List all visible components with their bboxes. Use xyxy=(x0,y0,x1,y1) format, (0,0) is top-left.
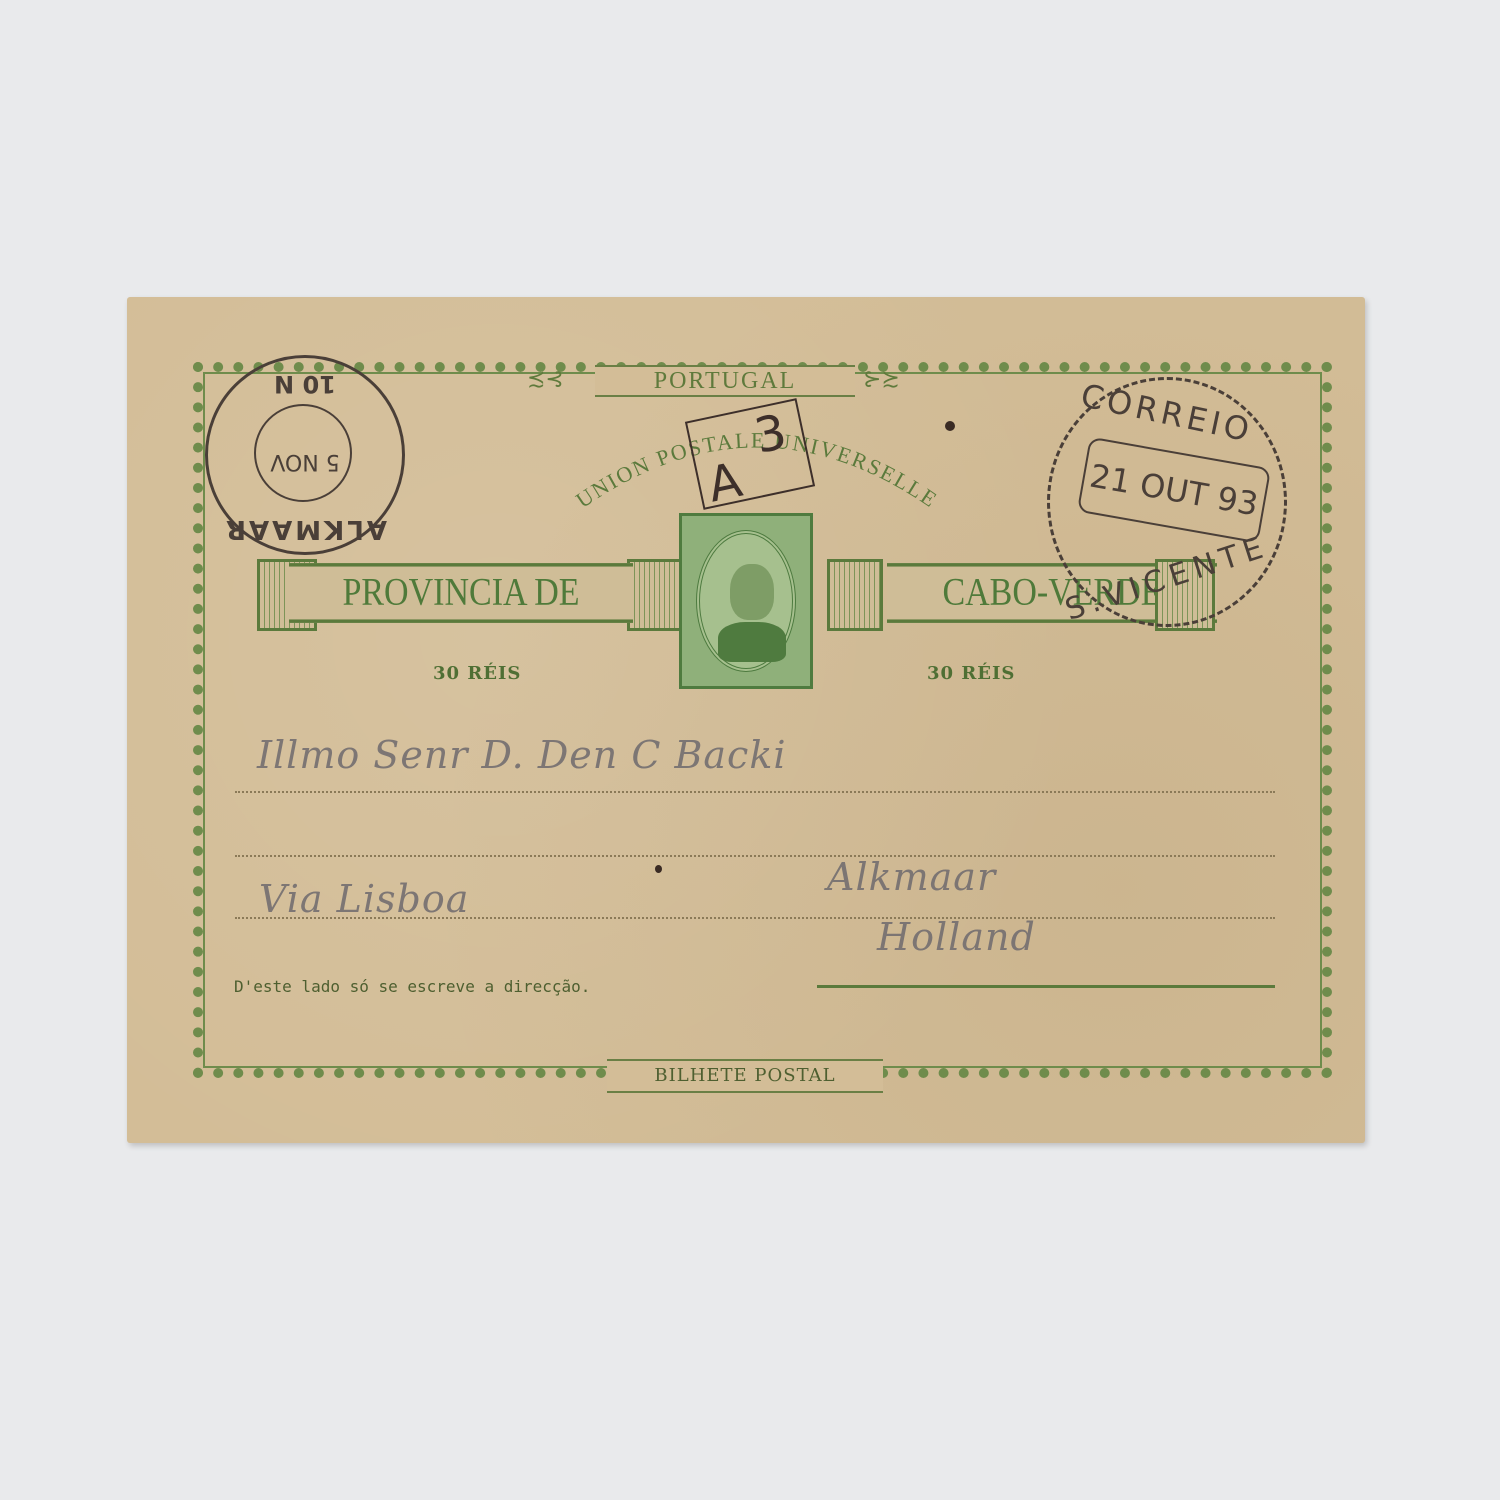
address-underline xyxy=(817,985,1275,988)
handwritten-via: Via Lisboa xyxy=(259,877,469,921)
ribbon-fold-right xyxy=(827,559,883,631)
ink-dot xyxy=(655,865,662,873)
stamp-portrait-frame xyxy=(696,530,796,672)
postmark-date: 5 NOV xyxy=(208,450,402,472)
handwritten-country: Holland xyxy=(877,915,1036,959)
postmark-correio-date: 21 OUT 93 xyxy=(1077,437,1271,544)
address-line-2 xyxy=(235,855,1275,857)
postmark-correio: CORREIO 21 OUT 93 S.VICENTE xyxy=(1047,377,1287,627)
instruction-text: D'este lado só se escreve a direcção. xyxy=(234,977,590,996)
address-line-1 xyxy=(235,791,1275,793)
handwritten-city: Alkmaar xyxy=(827,855,996,899)
footer-title: BILHETE POSTAL xyxy=(607,1059,883,1093)
value-left: 30 RÉIS xyxy=(433,663,521,684)
postmark-time: 10 N xyxy=(208,370,402,398)
postmark-alkmaar: ALKMAAR 5 NOV 10 N xyxy=(205,355,405,555)
postmark-town: ALKMAAR xyxy=(208,514,402,544)
imprinted-stamp xyxy=(679,513,813,689)
transit-mark-number: 3 xyxy=(751,408,791,461)
ink-dot xyxy=(945,421,955,431)
transit-mark-letter: A xyxy=(704,456,746,510)
value-right: 30 RÉIS xyxy=(927,663,1015,684)
ribbon-fold-left xyxy=(627,559,683,631)
handwritten-addressee: Illmo Senr D. Den C Backi xyxy=(257,733,787,777)
banner-province: PROVINCIA DE xyxy=(289,563,633,623)
postal-card: ≾⊰ PORTUGAL ⊱≿ UNION POSTALE UNIVERSELLE… xyxy=(127,297,1365,1143)
portrait-body-icon xyxy=(718,622,786,662)
portrait-head-icon xyxy=(730,564,774,620)
